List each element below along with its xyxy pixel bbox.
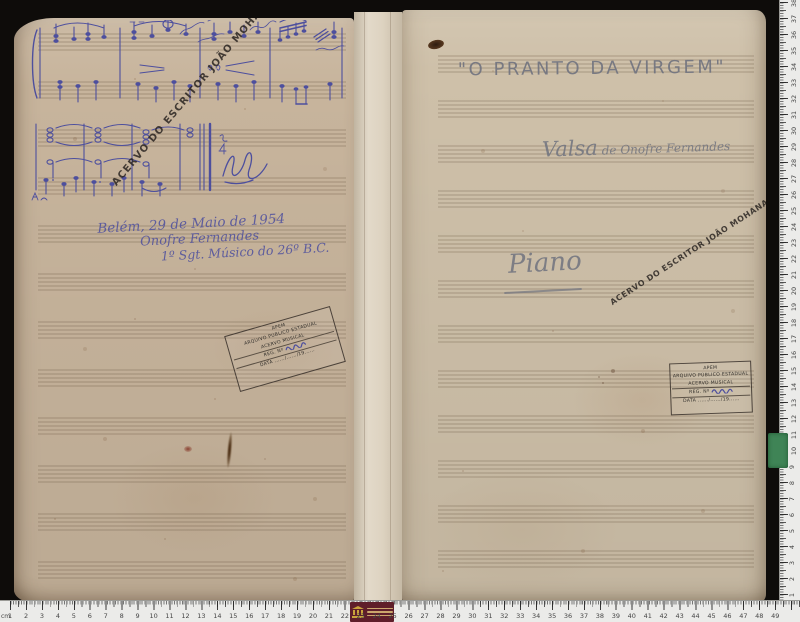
ruler-h-number: 20	[309, 612, 317, 620]
ruler-h-number: 30	[468, 612, 476, 620]
ruler-v-number: 29	[790, 143, 798, 151]
ruler-v-number: 16	[790, 351, 798, 359]
registration-stamp-right: APEM ARQUIVO PÚBLICO ESTADUAL ACERVO MUS…	[669, 361, 753, 416]
page-left: ACERVO DO ESCRITOR JOÃO MOHANA Belém, 29…	[14, 18, 354, 604]
ruler-v-number: 19	[790, 303, 798, 311]
ruler-h-number: 36	[564, 612, 572, 620]
ruler-v-number: 25	[790, 207, 798, 215]
work-subtitle: Valsa de Onofre Fernandes	[542, 130, 753, 161]
reg-number-scribble	[711, 387, 733, 394]
ruler-h-number: 23	[357, 612, 365, 620]
ruler-v-number: 34	[790, 63, 798, 71]
ruler-h-number: 31	[484, 612, 492, 620]
ruler-h-number: 38	[596, 612, 604, 620]
ruler-h-number: 14	[213, 612, 221, 620]
ruler-horizontal: cm 1234567891011121314151617181920212223…	[0, 600, 800, 622]
ruler-h-number: 7	[104, 612, 108, 620]
ruler-h-number: 32	[500, 612, 508, 620]
ruler-h-number: 21	[325, 612, 333, 620]
ruler-h-number: 9	[136, 612, 140, 620]
ruler-v-number: 32	[790, 95, 798, 103]
ruler-v-number: 3	[788, 561, 796, 565]
ruler-v-number: 17	[790, 335, 798, 343]
ruler-h-number: 41	[644, 612, 652, 620]
scanned-manuscript-photo: ACERVO DO ESCRITOR JOÃO MOHANA Belém, 29…	[0, 0, 800, 622]
ruler-v-number: 4	[788, 545, 796, 549]
ruler-v-number: 14	[790, 383, 798, 391]
ruler-h-number: 40	[628, 612, 636, 620]
ruler-h-number: 6	[88, 612, 92, 620]
ruler-h-number: 22	[341, 612, 349, 620]
ruler-v-number: 13	[790, 399, 798, 407]
ruler-v-number: 9	[788, 465, 796, 469]
ruler-h-number: 39	[612, 612, 620, 620]
ruler-h-number: 35	[548, 612, 556, 620]
ruler-v-number: 21	[790, 271, 798, 279]
ruler-v-number: 37	[790, 15, 798, 23]
red-stain	[184, 446, 192, 452]
instrument-label: Piano	[507, 246, 582, 280]
work-title: "O PRANTO DA VIRGEM"	[442, 56, 742, 80]
ruler-h-number: 1	[8, 612, 12, 620]
ruler-h-number: 49	[771, 612, 779, 620]
spine-crease	[364, 12, 365, 600]
archive-diagonal-stamp-right: ACERVO DO ESCRITOR JOÃO MOHANA	[609, 198, 766, 307]
instrument-underline	[504, 288, 582, 294]
ruler-h-number: 18	[277, 612, 285, 620]
ruler-v-number: 5	[788, 529, 796, 533]
ruler-v-number: 22	[790, 255, 798, 263]
ruler-h-number: 25	[389, 612, 397, 620]
ruler-h-number: 5	[72, 612, 76, 620]
ruler-h-number: 45	[707, 612, 715, 620]
ruler-v-number: 11	[790, 431, 798, 439]
ruler-h-number: 11	[165, 612, 173, 620]
ink-smudge	[224, 426, 235, 474]
ruler-v-number: 23	[790, 239, 798, 247]
book-spine-tape	[354, 12, 402, 600]
ruler-v-number: 8	[788, 481, 796, 485]
ruler-h-number: 48	[755, 612, 763, 620]
ruler-h-number: 10	[149, 612, 157, 620]
ruler-h-number: 13	[197, 612, 205, 620]
page-right: "O PRANTO DA VIRGEM" Valsa de Onofre Fer…	[402, 10, 766, 604]
ruler-v-number: 36	[790, 31, 798, 39]
ruler-h-number: 19	[293, 612, 301, 620]
ruler-v-number: 12	[790, 415, 798, 423]
ruler-v-number: 2	[788, 577, 796, 581]
ruler-h-number: 46	[723, 612, 731, 620]
ruler-h-number: 37	[580, 612, 588, 620]
ruler-v-number: 1	[788, 593, 796, 597]
ruler-h-number: 17	[261, 612, 269, 620]
ruler-v-number: 15	[790, 367, 798, 375]
ruler-v-number: 33	[790, 79, 798, 87]
manuscript-book: ACERVO DO ESCRITOR JOÃO MOHANA Belém, 29…	[10, 8, 776, 598]
signature-scribble	[219, 144, 275, 190]
ruler-h-number: 42	[660, 612, 668, 620]
ruler-h-number: 12	[181, 612, 189, 620]
ruler-h-number: 4	[56, 612, 60, 620]
ruler-h-number: 3	[40, 612, 44, 620]
ruler-h-number: 44	[691, 612, 699, 620]
ruler-h-number: 16	[245, 612, 253, 620]
ruler-h-number: 27	[420, 612, 428, 620]
ruler-h-number: 8	[120, 612, 124, 620]
ink-blot	[427, 38, 445, 50]
ruler-vertical: cm 1234567891011121314151617181920212223…	[779, 0, 800, 612]
ruler-h-number: 33	[516, 612, 524, 620]
ruler-h-number: 34	[532, 612, 540, 620]
ruler-h-number: 15	[229, 612, 237, 620]
ruler-v-number: 18	[790, 319, 798, 327]
ruler-v-number: 35	[790, 47, 798, 55]
ruler-v-number: 26	[790, 191, 798, 199]
ruler-v-number: 7	[788, 497, 796, 501]
ruler-h-number: 26	[405, 612, 413, 620]
music-notation-system-1	[30, 20, 348, 126]
ruler-v-number: 31	[790, 111, 798, 119]
ruler-h-number: 24	[373, 612, 381, 620]
spine-crease	[390, 12, 391, 600]
staff-lines-right	[402, 10, 766, 604]
registration-stamp-left: APEM ARQUIVO PÚBLICO ESTADUAL ACERVO MUS…	[224, 306, 346, 392]
ruler-v-number: 27	[790, 175, 798, 183]
ruler-h-number: 43	[675, 612, 683, 620]
subtitle-genre: Valsa	[542, 136, 599, 162]
ruler-h-number: 28	[436, 612, 444, 620]
paper-stains-right	[402, 10, 404, 12]
ruler-h-number: 29	[452, 612, 460, 620]
ruler-h-number: 47	[739, 612, 747, 620]
ruler-v-number: 24	[790, 223, 798, 231]
ruler-v-number: 28	[790, 159, 798, 167]
ruler-v-number: 10	[790, 447, 798, 455]
ruler-v-number: 20	[790, 287, 798, 295]
green-edge-tab	[768, 433, 788, 468]
paper-stains-left	[14, 18, 16, 20]
ruler-v-number: 6	[788, 513, 796, 517]
ruler-v-number: 30	[790, 127, 798, 135]
ruler-v-number: 38	[790, 0, 798, 7]
subtitle-composer: de Onofre Fernandes	[598, 139, 731, 158]
stamp-line-date: DATA ....../....../19......	[672, 395, 750, 406]
ruler-h-number: 2	[24, 612, 28, 620]
